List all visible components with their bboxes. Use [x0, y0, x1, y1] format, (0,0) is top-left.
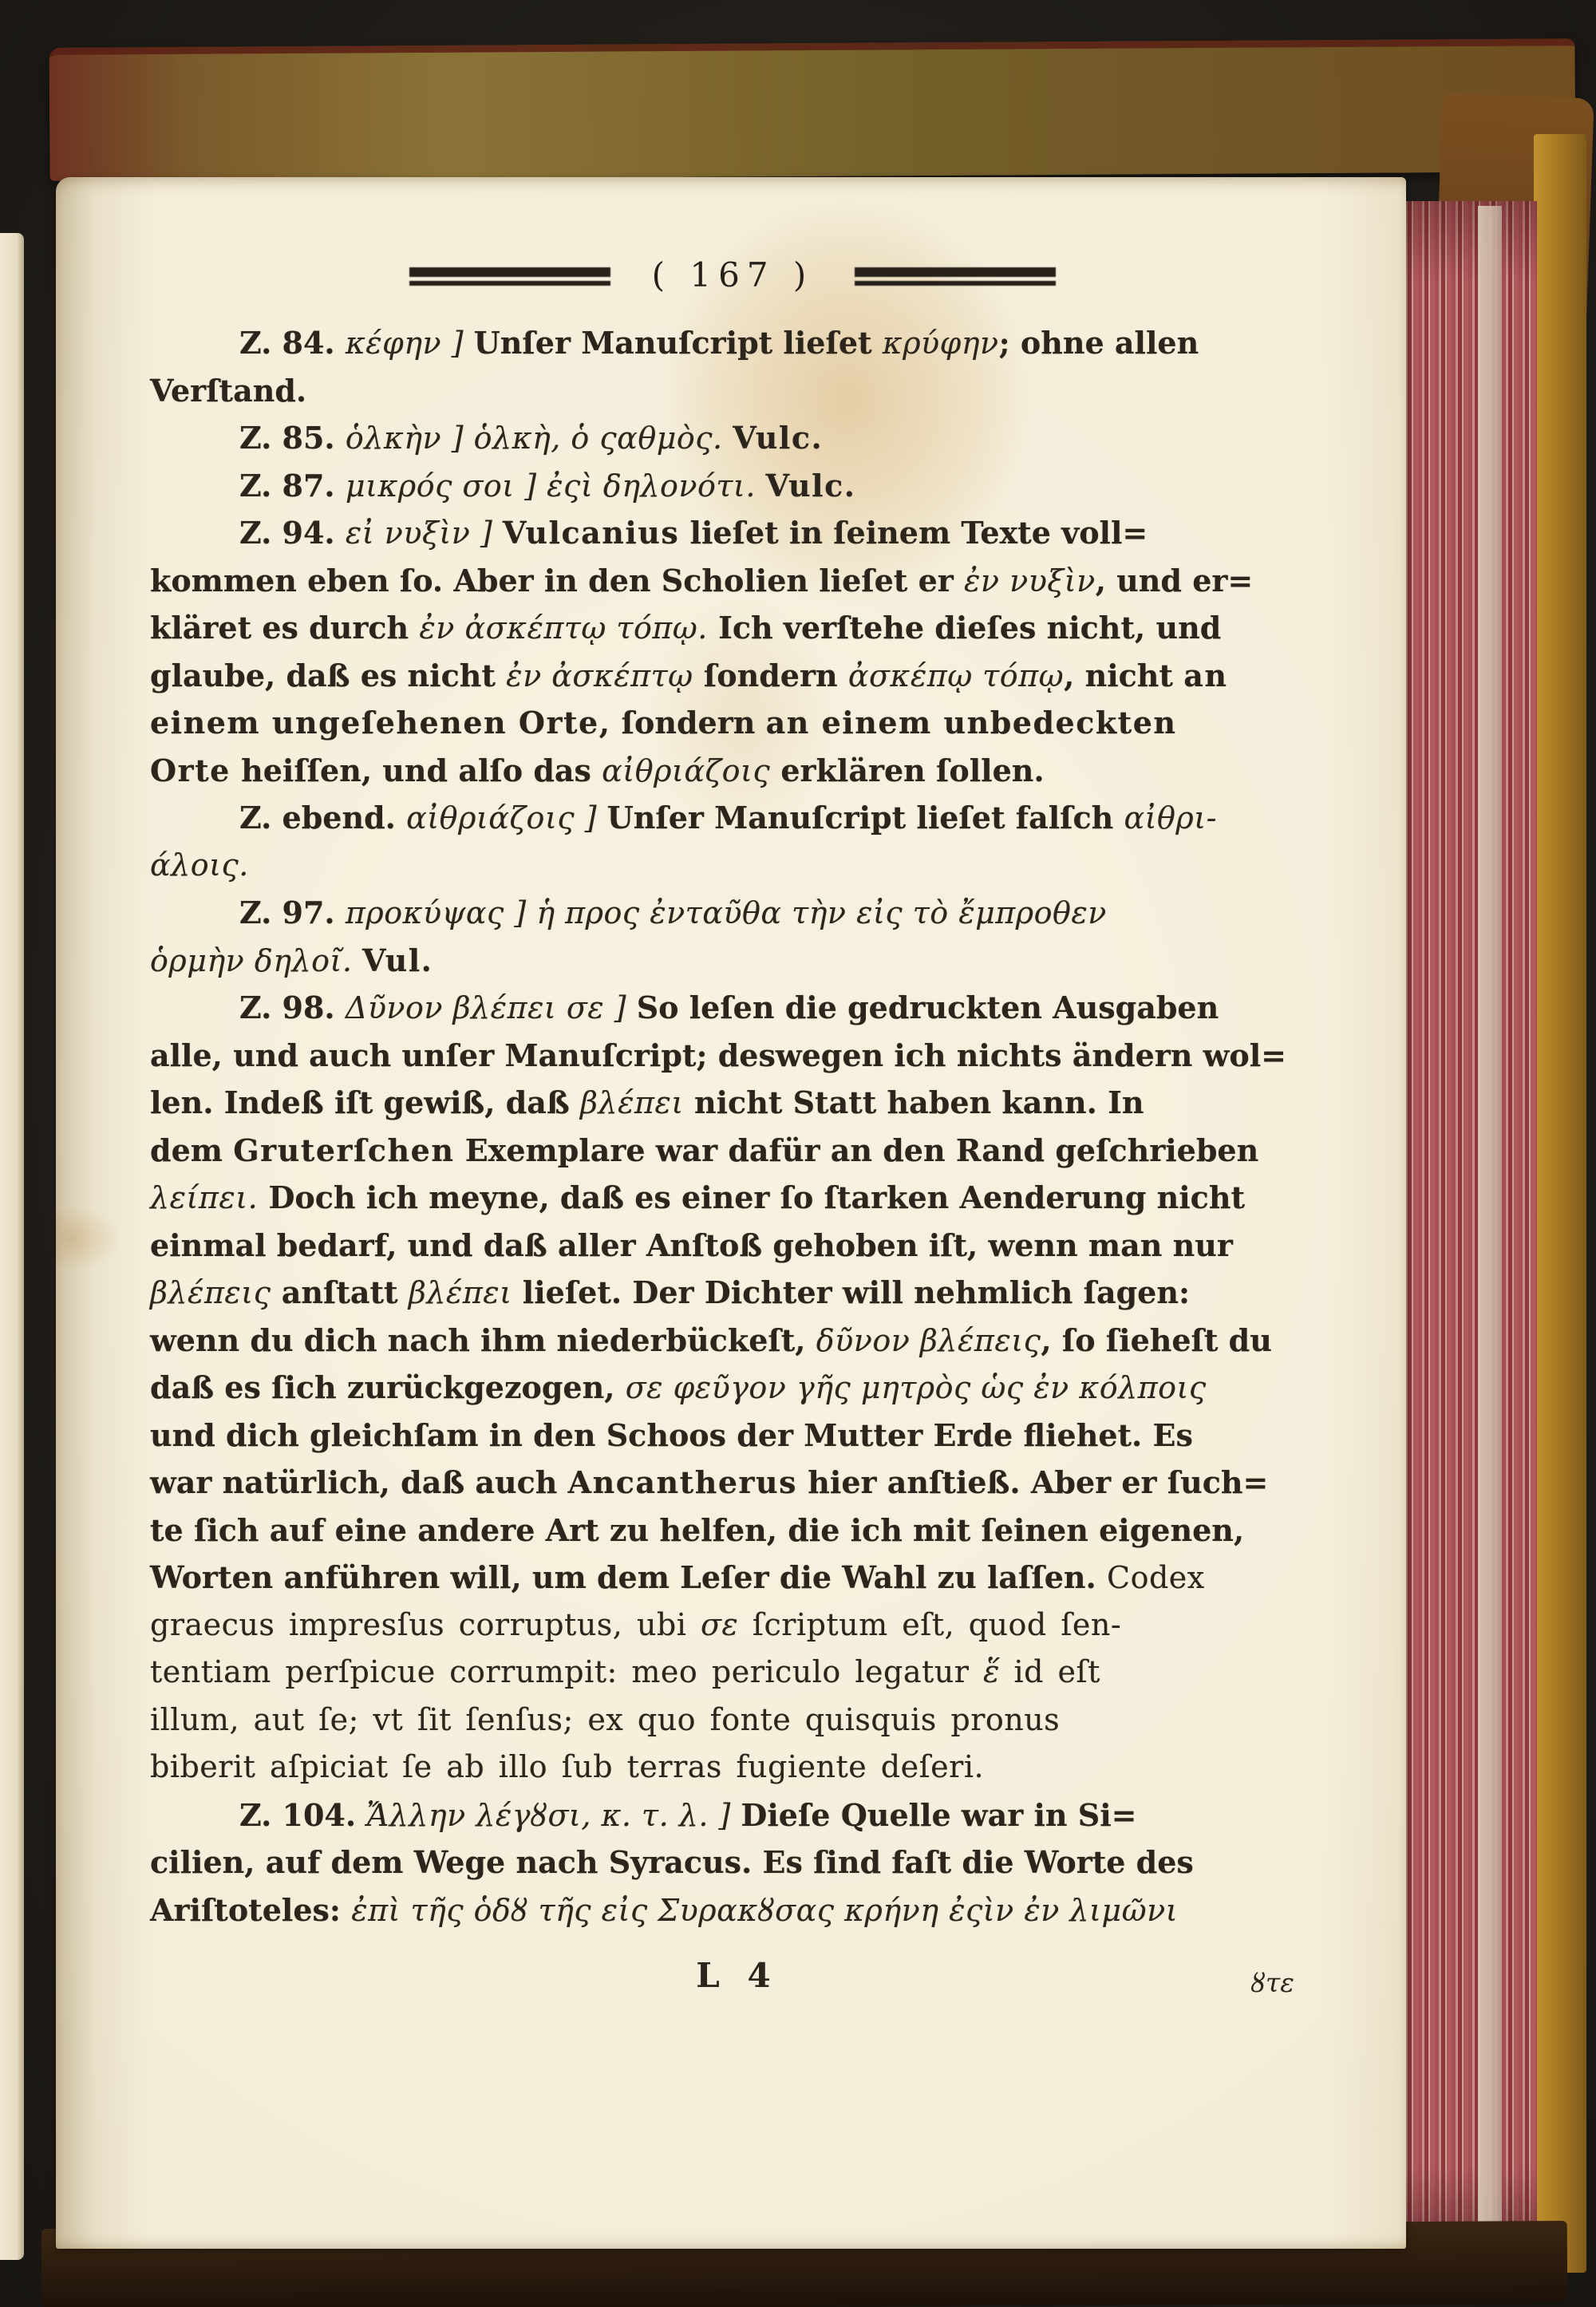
text-line: einmal bedarf, und daß aller Anſtoß geho… [150, 1222, 1325, 1270]
text-line: Z. 97. προκύψας ] ἡ προς ἐνταῦθα τὴν εἰς… [150, 889, 1325, 937]
text-line: dem Gruterſchen Exemplare war dafür an d… [150, 1127, 1325, 1175]
text-line: Z. 104. Ἄλλην λέγȣσι, κ. τ. λ. ] Dieſe Q… [150, 1791, 1325, 1839]
text-line: war natürlich, daß auch Ancantherus hier… [150, 1459, 1325, 1507]
text-line: alle, und auch unſer Manuſcript; deswege… [150, 1032, 1325, 1080]
page-header: ( 167 ) [150, 257, 1315, 296]
page-footer: L 4 ȣτε [150, 1956, 1325, 2007]
header-rule-left [409, 267, 610, 286]
text-line: glaube, daß es nicht ἐν ἀσκέπτῳ ſondern … [150, 652, 1325, 700]
text-line: und dich gleichſam in den Schoos der Mut… [150, 1412, 1325, 1460]
book-cover-right-board [1534, 134, 1586, 2273]
signature-mark: L 4 [696, 1956, 778, 1995]
text-line: Orte heiſſen, und alſo das αἰθριάζοις er… [150, 747, 1325, 795]
catchword: ȣτε [1251, 1967, 1294, 1998]
text-line: tentiam perſpicue corrumpit: meo pericul… [150, 1649, 1325, 1697]
text-line: illum, aut ſe; vt ſit ſenſus; ex quo fon… [150, 1697, 1325, 1744]
text-block: Z. 84. κέφην ] Unſer Manuſcript lieſet κ… [150, 319, 1325, 2007]
book-cover-top-edge [49, 38, 1576, 181]
text-line: Z. 94. εἰ νυξὶν ] Vulcanius lieſet in ſe… [150, 509, 1325, 557]
page-fore-edge [1401, 201, 1537, 2249]
text-line: daß es ſich zurückgezogen, σε φεῦγον γῆς… [150, 1364, 1325, 1412]
text-line: Z. 84. κέφην ] Unſer Manuſcript lieſet κ… [150, 319, 1325, 367]
facing-page-edge [0, 233, 24, 2260]
text-line: kläret es durch ἐν ἀσκέπτῳ τόπῳ. Ich ver… [150, 604, 1325, 652]
text-line: ὁρμὴν δηλοῖ. Vul. [150, 937, 1325, 985]
text-line: Z. 85. ὁλκὴν ] ὁλκὴ, ὁ ςαθμὸς. Vulc. [150, 414, 1325, 462]
text-line: άλοις. [150, 842, 1325, 890]
text-line: Z. ebend. αἰθριάζοις ] Unſer Manuſcript … [150, 794, 1325, 842]
text-line: Ariſtoteles: ἐπὶ τῆς ὁδȣ τῆς εἰς Συρακȣσ… [150, 1886, 1325, 1934]
text-line: Verſtand. [150, 367, 1325, 415]
text-line: te ſich auf eine andere Art zu helfen, d… [150, 1507, 1325, 1554]
text-line: graecus impresſus corruptus, ubi σε ſcri… [150, 1602, 1325, 1649]
text-line: Worten anführen will, um dem Leſer die W… [150, 1554, 1325, 1602]
fore-edge-highlight [1478, 206, 1502, 2242]
text-line: Z. 87. μικρός σοι ] ἐςὶ δηλονότι. Vulc. [150, 462, 1325, 510]
text-line: len. Indeß iſt gewiß, daß βλέπει nicht S… [150, 1079, 1325, 1127]
page-number: ( 167 ) [652, 255, 814, 294]
text-line: biberit aſpiciat ſe ab illo ſub terras f… [150, 1744, 1325, 1791]
text-line: λείπει. Doch ich meyne, daß es einer ſo … [150, 1174, 1325, 1222]
text-line: Z. 98. Δῦνον βλέπει σε ] So leſen die ge… [150, 984, 1325, 1032]
text-line: βλέπεις anſtatt βλέπει lieſet. Der Dicht… [150, 1269, 1325, 1317]
header-rule-right [855, 267, 1056, 286]
text-line: wenn du dich nach ihm niederbückeſt, δῦν… [150, 1317, 1325, 1365]
text-line: cilien, auf dem Wege nach Syracus. Es ſi… [150, 1839, 1325, 1886]
text-line: kommen eben ſo. Aber in den Scholien lie… [150, 557, 1325, 605]
text-line: einem ungeſehenen Orte, ſondern an einem… [150, 699, 1325, 747]
book-page: ( 167 ) Z. 84. κέφην ] Unſer Manuſcript … [56, 177, 1406, 2249]
